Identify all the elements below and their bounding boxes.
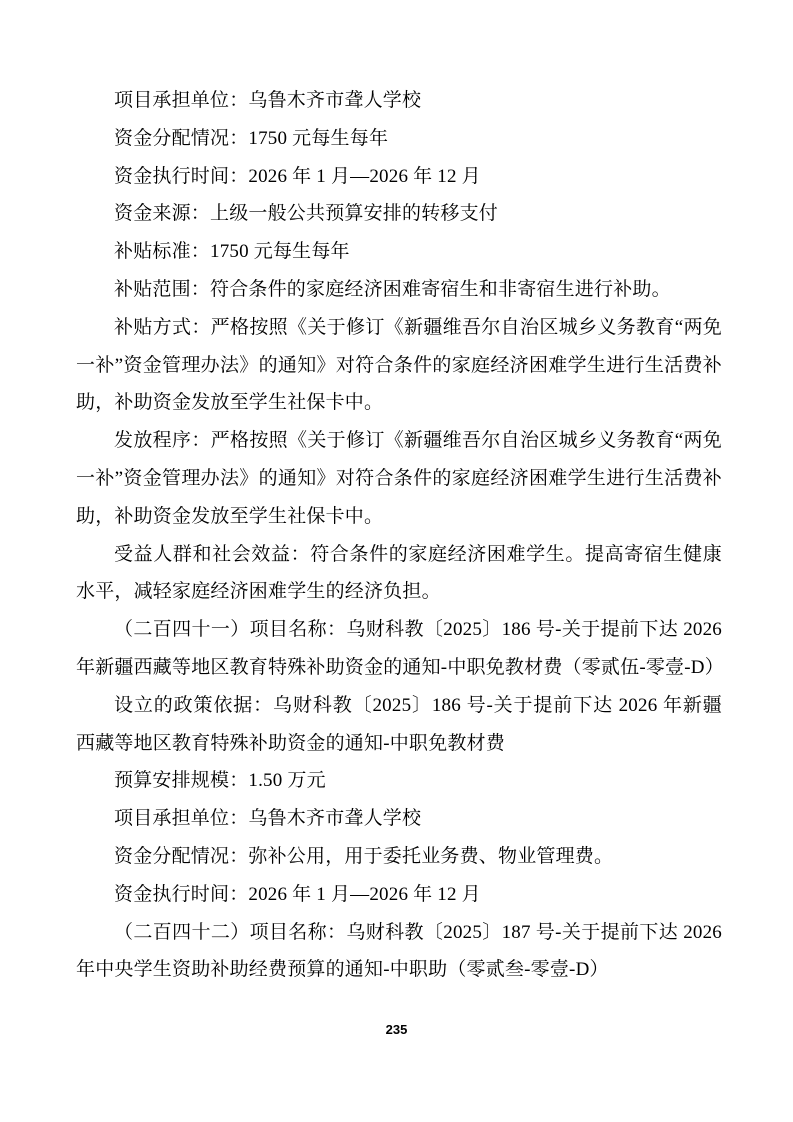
paragraph-budget-scale: 预算安排规模：1.50 万元 [76, 762, 722, 800]
paragraph-beneficiaries: 受益人群和社会效益：符合条件的家庭经济困难学生。提高寄宿生健康水平，减轻家庭经济… [76, 536, 722, 612]
paragraph-project-242-name: （二百四十二）项目名称：乌财科教〔2025〕187 号-关于提前下达 2026 … [76, 914, 722, 990]
document-body: 项目承担单位：乌鲁木齐市聋人学校 资金分配情况：1750 元每生每年 资金执行时… [76, 82, 722, 989]
paragraph-subsidy-method: 补贴方式：严格按照《关于修订《新疆维吾尔自治区城乡义务教育“两免一补”资金管理办… [76, 309, 722, 422]
paragraph-fund-execution-time-2: 资金执行时间：2026 年 1 月—2026 年 12 月 [76, 876, 722, 914]
paragraph-subsidy-standard: 补贴标准：1750 元每生每年 [76, 233, 722, 271]
paragraph-fund-source: 资金来源：上级一般公共预算安排的转移支付 [76, 195, 722, 233]
paragraph-fund-execution-time-1: 资金执行时间：2026 年 1 月—2026 年 12 月 [76, 158, 722, 196]
document-page: 项目承担单位：乌鲁木齐市聋人学校 资金分配情况：1750 元每生每年 资金执行时… [0, 0, 793, 1122]
paragraph-policy-basis: 设立的政策依据：乌财科教〔2025〕186 号-关于提前下达 2026 年新疆西… [76, 687, 722, 763]
page-number: 235 [0, 1022, 793, 1037]
paragraph-fund-allocation-1: 资金分配情况：1750 元每生每年 [76, 120, 722, 158]
paragraph-fund-allocation-2: 资金分配情况：弥补公用，用于委托业务费、物业管理费。 [76, 838, 722, 876]
paragraph-project-unit-2: 项目承担单位：乌鲁木齐市聋人学校 [76, 800, 722, 838]
paragraph-project-unit-1: 项目承担单位：乌鲁木齐市聋人学校 [76, 82, 722, 120]
paragraph-issuance-procedure: 发放程序：严格按照《关于修订《新疆维吾尔自治区城乡义务教育“两免一补”资金管理办… [76, 422, 722, 535]
paragraph-subsidy-scope: 补贴范围：符合条件的家庭经济困难寄宿生和非寄宿生进行补助。 [76, 271, 722, 309]
paragraph-project-241-name: （二百四十一）项目名称：乌财科教〔2025〕186 号-关于提前下达 2026 … [76, 611, 722, 687]
